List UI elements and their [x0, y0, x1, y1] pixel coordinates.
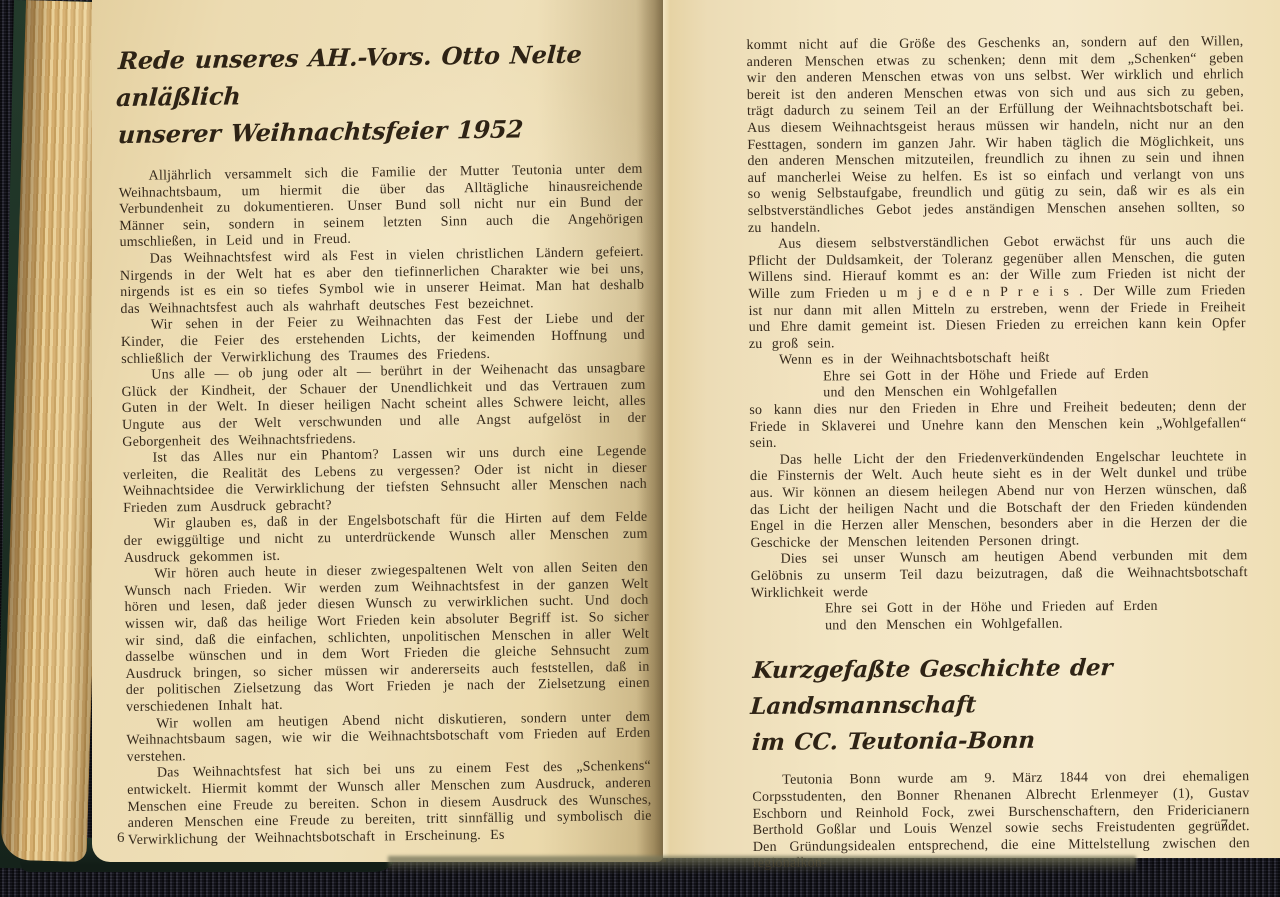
page-number-right: 7: [1221, 817, 1229, 834]
paragraph: Alljährlich versammelt sich die Familie …: [119, 162, 644, 252]
paragraph: Das helle Licht der den Friedenverkünden…: [750, 449, 1248, 552]
paragraph: kommt nicht auf die Größe des Geschenks …: [746, 34, 1245, 237]
speech-title-line1: Rede unseres AH.-Vors. Otto Nelte anläßl…: [115, 35, 643, 116]
gutter-shadow: [636, 0, 666, 862]
speech-title-line2: unserer Weihnachtsfeier 1952: [117, 109, 643, 153]
paragraph: Das Weihnachtsfest wird als Fest in viel…: [120, 245, 645, 319]
book-scan: Rede unseres AH.-Vors. Otto Nelte anläßl…: [0, 0, 1280, 897]
page-number-left: 6: [117, 830, 125, 847]
verse-line: und den Menschen ein Wohlgefallen.: [825, 615, 1248, 635]
paragraph: Das Weihnachtsfest hat sich bei uns zu e…: [127, 759, 652, 849]
right-page-text: kommt nicht auf die Größe des Geschenks …: [746, 34, 1250, 873]
paragraph: Wir glauben es, daß in der Engelsbotscha…: [123, 510, 648, 567]
paragraph: Ist das Alles nur ein Phantom? Lassen wi…: [122, 444, 647, 518]
paragraph: Uns alle — ob jung oder alt — berührt in…: [121, 361, 646, 451]
paragraph: so kann dies nur den Frieden in Ehre und…: [749, 399, 1246, 453]
paragraph: Dies sei unser Wunsch am heutigen Abend …: [750, 549, 1247, 603]
page-bottom-shadow: [388, 856, 1136, 874]
left-page: Rede unseres AH.-Vors. Otto Nelte anläßl…: [92, 0, 663, 862]
right-page: kommt nicht auf die Größe des Geschenks …: [663, 0, 1280, 858]
paragraph: Aus diesem selbstverständlichen Gebot er…: [748, 233, 1246, 353]
paragraph: Wir wollen am heutigen Abend nicht disku…: [126, 709, 651, 766]
chapter-title-line1: Kurzgefaßte Geschichte der Landsmannscha…: [749, 649, 1250, 725]
chapter-title-line2: im CC. Teutonia-Bonn: [751, 721, 1250, 761]
chapter-title: Kurzgefaßte Geschichte der Landsmannscha…: [751, 649, 1249, 761]
left-page-text: Rede unseres AH.-Vors. Otto Nelte anläßl…: [117, 35, 652, 850]
paragraph: Wir sehen in der Feier zu Weihnachten da…: [121, 311, 646, 368]
speech-title: Rede unseres AH.-Vors. Otto Nelte anläßl…: [117, 35, 642, 153]
paragraph: Wir hören auch heute in dieser zwiegespa…: [124, 560, 650, 717]
